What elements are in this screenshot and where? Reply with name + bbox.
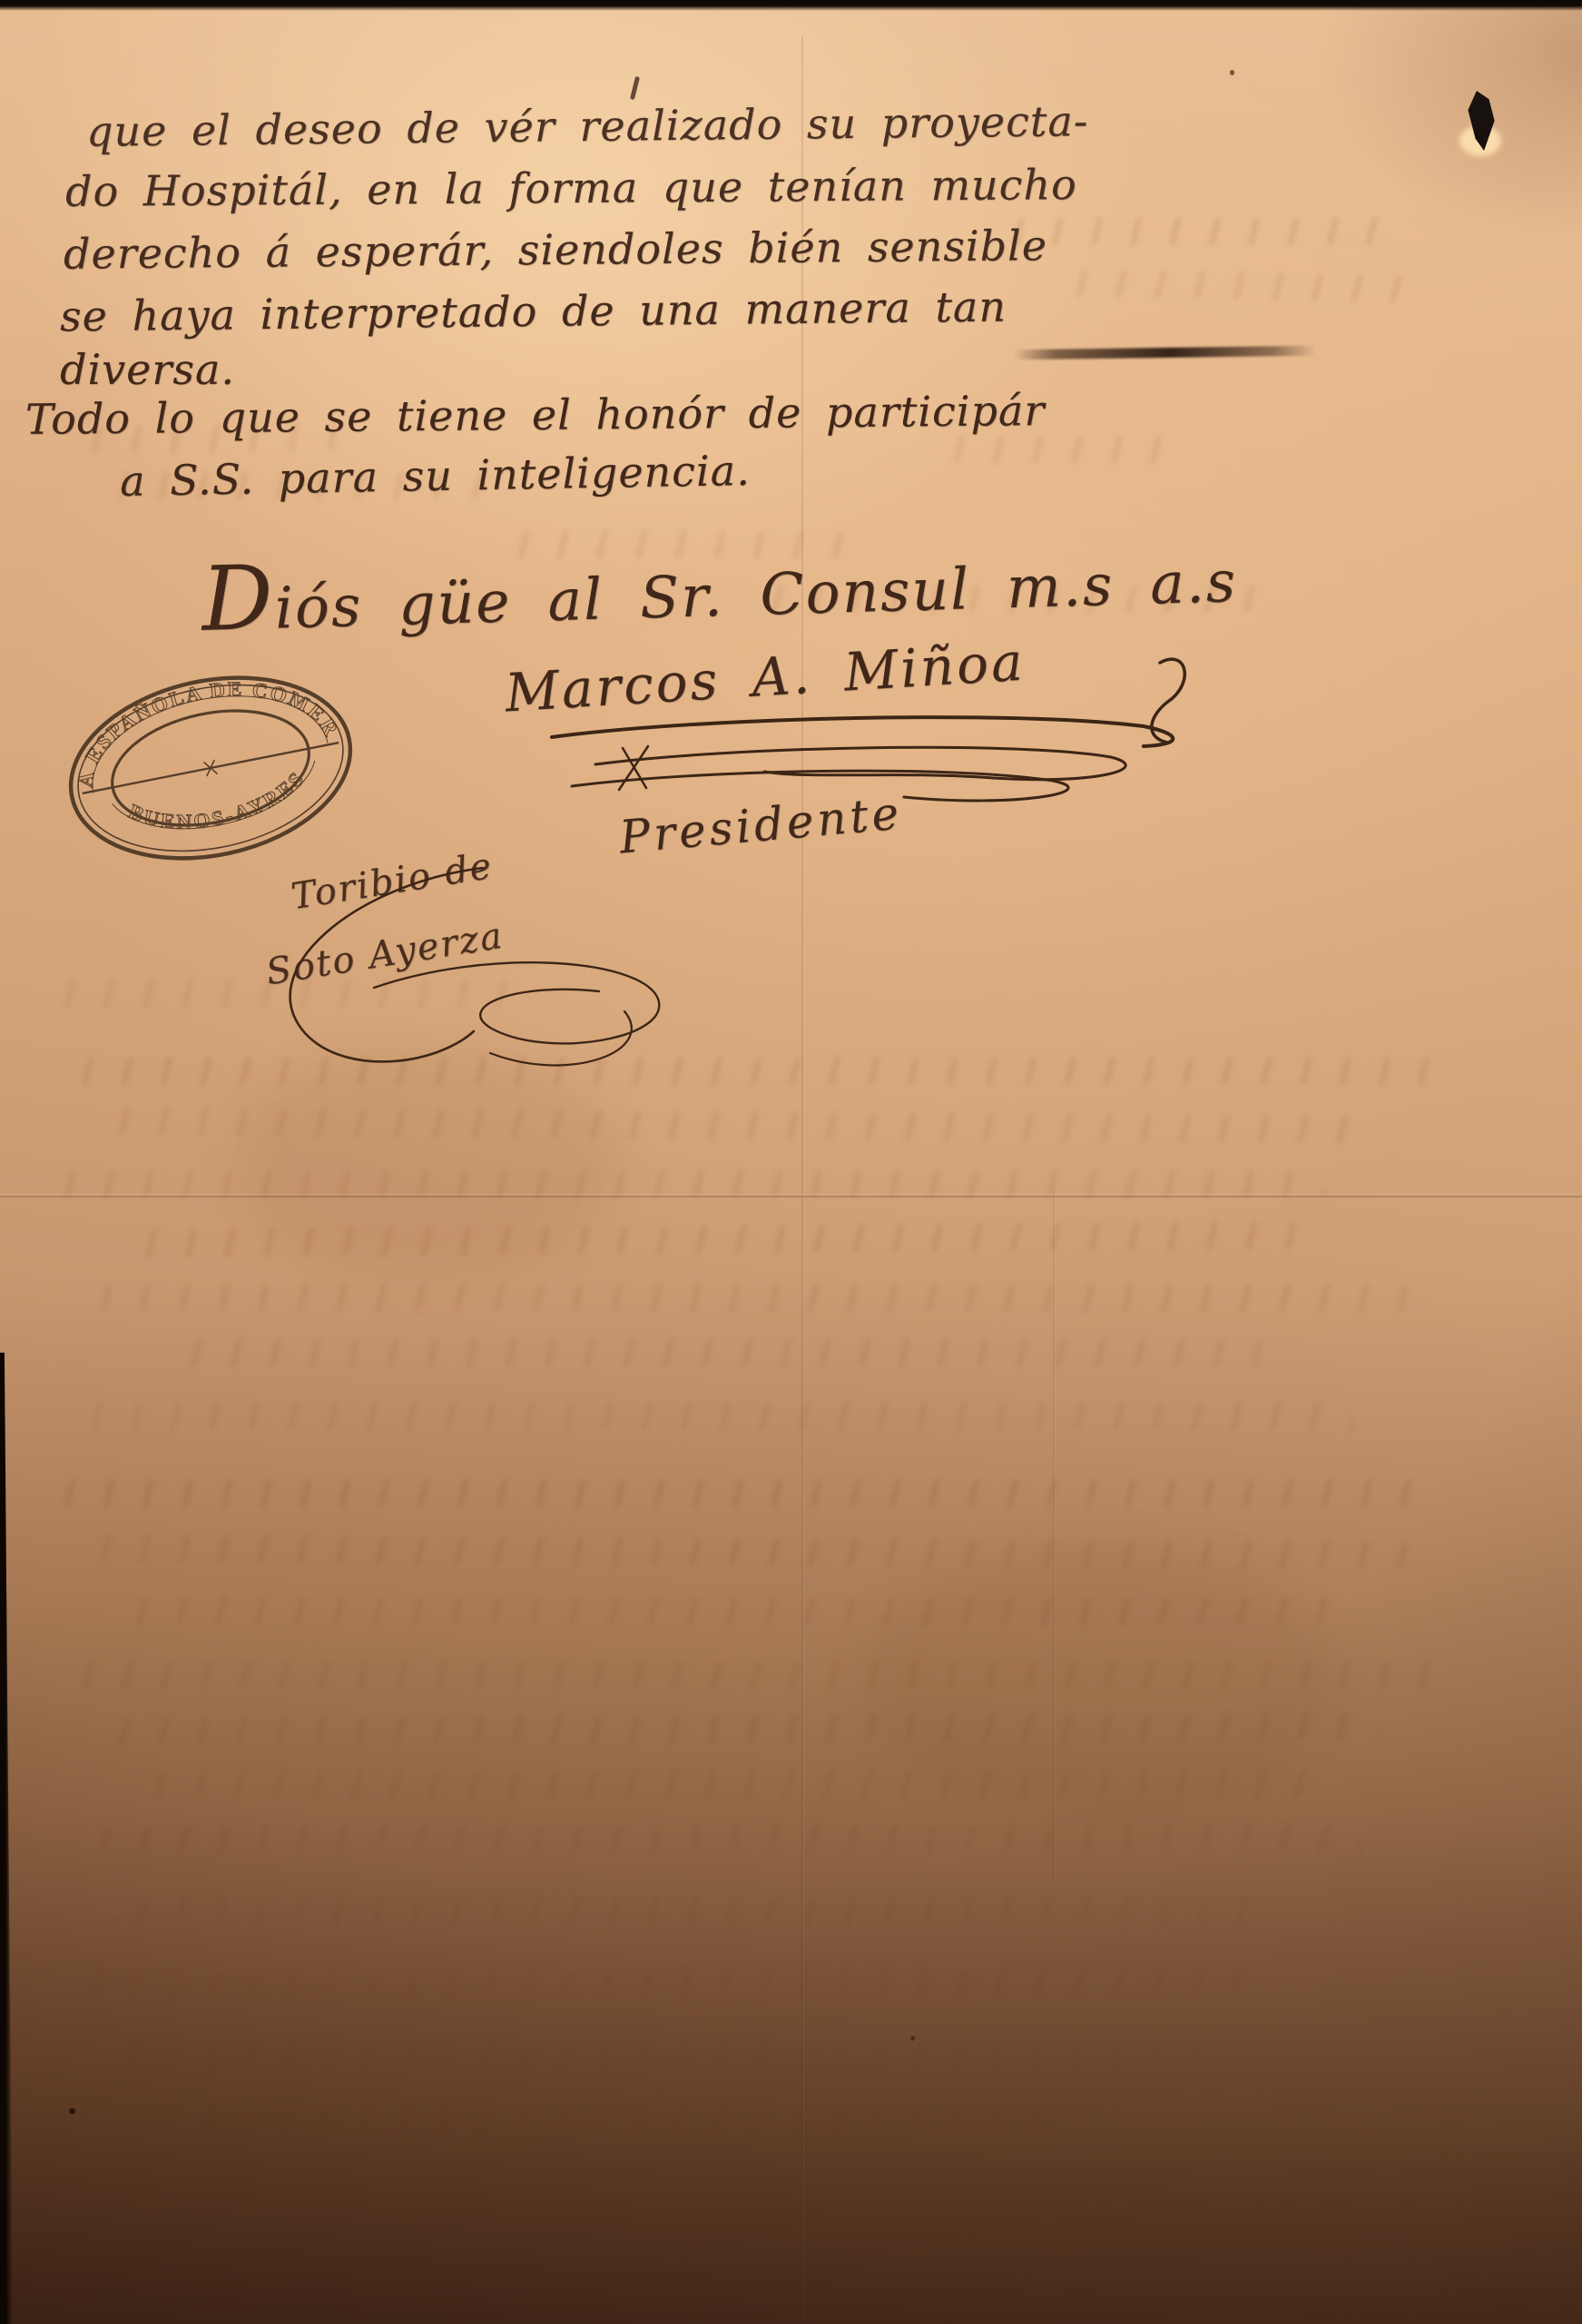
dust-speck bbox=[69, 2108, 75, 2114]
bleedthrough-row bbox=[54, 1171, 1325, 1198]
bleedthrough-row bbox=[82, 1403, 1352, 1430]
bleedthrough-row bbox=[127, 1598, 1352, 1625]
bleedthrough-row bbox=[1003, 218, 1384, 245]
bleedthrough-row bbox=[154, 2106, 1062, 2133]
handwriting-line-2: do Hospitál, en la forma que tenían much… bbox=[65, 160, 1077, 216]
bleedthrough-row bbox=[118, 2043, 1207, 2070]
bleedthrough-row bbox=[91, 1825, 1361, 1852]
dust-speck bbox=[1230, 70, 1234, 75]
bleedthrough-row bbox=[82, 1970, 1262, 1997]
bleedthrough-row bbox=[145, 1770, 1325, 1797]
stamp-bottom-arc-text: BUENOS-AYRES bbox=[122, 763, 316, 849]
bleedthrough-row bbox=[54, 1480, 1434, 1507]
handwriting-line-5: diversa. bbox=[60, 345, 235, 394]
photographed-letter-page: que el deseo de vér realizado su proyect… bbox=[0, 0, 1582, 2324]
bleedthrough-row bbox=[73, 1661, 1434, 1689]
handwriting-line-4: se haya interpretado de una manera tan bbox=[60, 282, 1007, 341]
handwriting-line-1: que el deseo de vér realizado su proyect… bbox=[86, 96, 1089, 156]
countersignature-flourish bbox=[218, 844, 708, 1098]
bleedthrough-row bbox=[182, 1339, 1271, 1366]
bleedthrough-row bbox=[91, 1285, 1407, 1312]
dust-speck bbox=[910, 2036, 915, 2041]
handwriting-line-3: derecho á esperár, siendoles bién sensib… bbox=[64, 221, 1047, 278]
valediction-line: Diós güe al Sr. Consul m.s a.s bbox=[201, 534, 1237, 637]
valediction-text: Diós güe al Sr. Consul m.s a.s bbox=[201, 519, 1239, 652]
photo-top-edge bbox=[0, 0, 1582, 11]
bleedthrough-row bbox=[127, 1897, 1262, 1925]
stamp-center-ornament bbox=[201, 759, 221, 777]
svg-text:BUENOS-AYRES: BUENOS-AYRES bbox=[122, 763, 316, 849]
torn-paper-hole bbox=[1456, 87, 1508, 171]
bleedthrough-row bbox=[944, 436, 1180, 463]
handwriting-line-6: Todo lo que se tiene el honór de partici… bbox=[25, 386, 1046, 444]
